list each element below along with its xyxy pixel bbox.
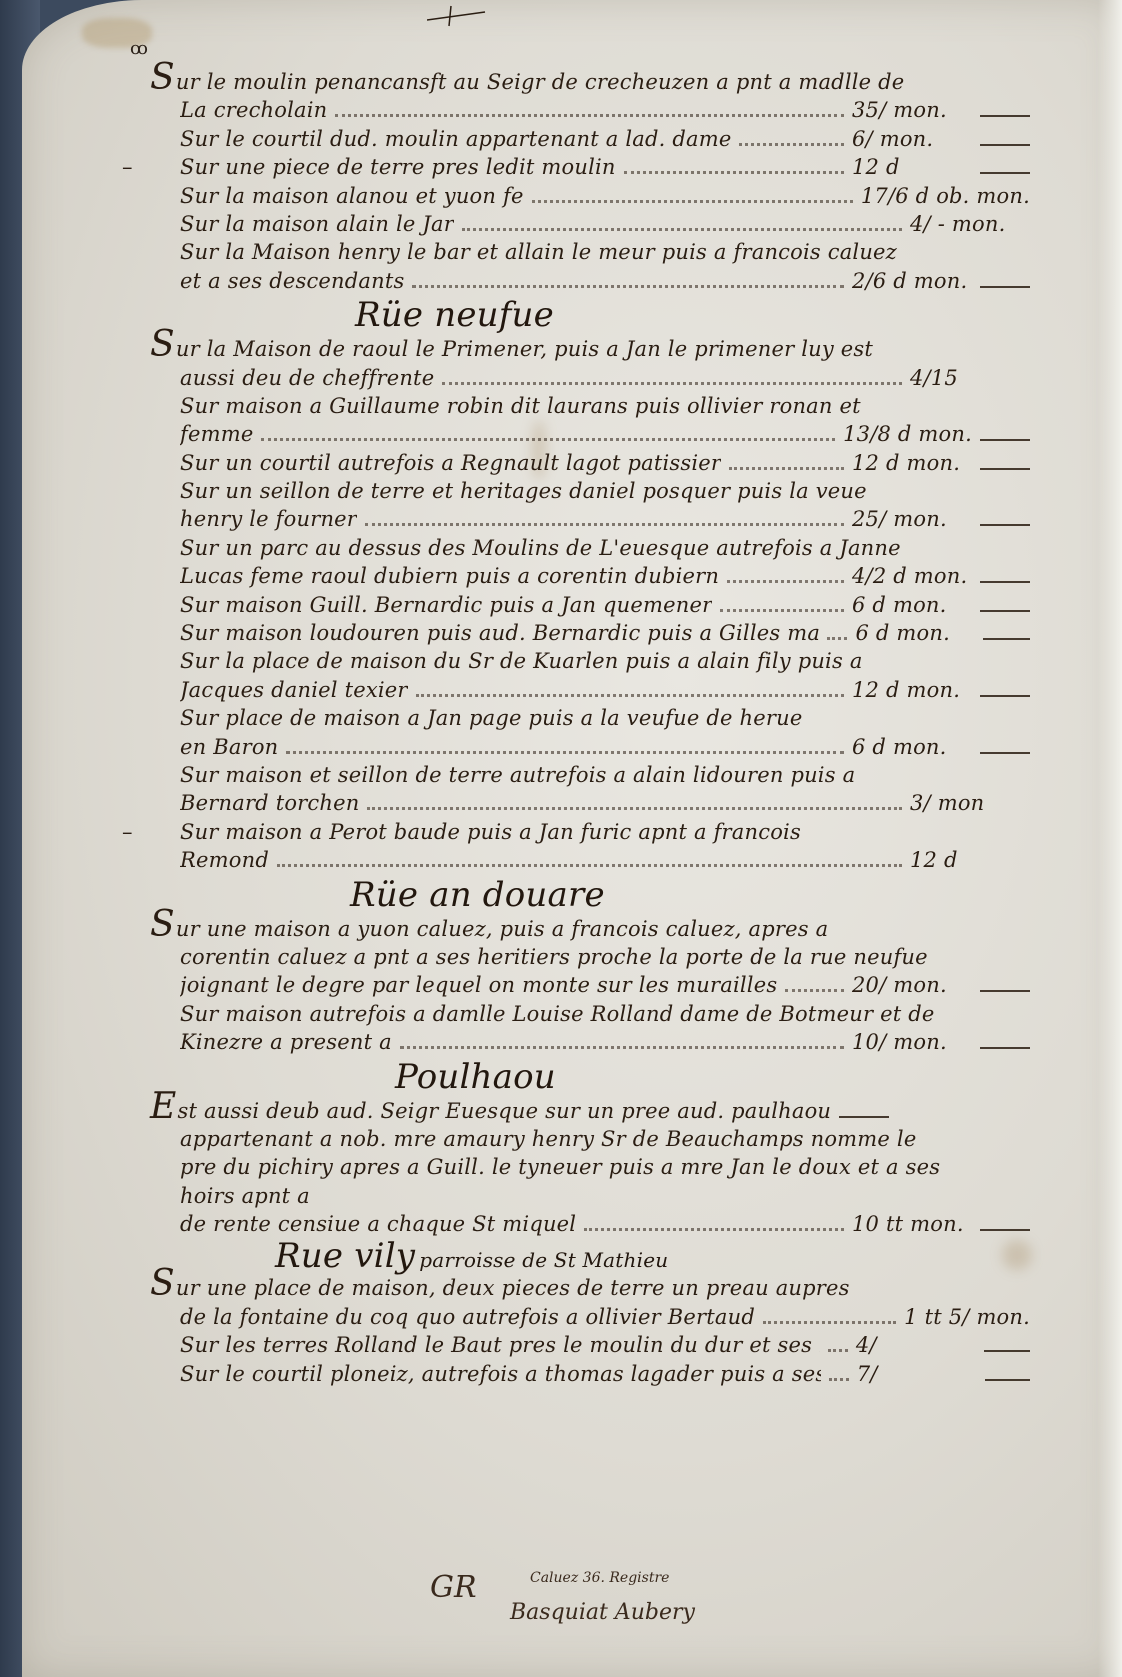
entry-text: Sur la Maison henry le bar et allain le … [180, 238, 897, 266]
entry-amount: 6 d mon. [852, 591, 972, 619]
entry-amount: 25/ mon. [852, 505, 972, 533]
entry-line: Sur la place de maison du Sr de Kuarlen … [150, 647, 1030, 675]
leader-dots [261, 438, 835, 441]
rule-dash [980, 439, 1030, 441]
entry-text: Jacques daniel texier [180, 676, 408, 704]
signature-block: GR Caluez 36. Registre Basquiat Aubery [430, 1570, 810, 1660]
entry-line: S ur la Maison de raoul le Primener, pui… [150, 335, 1030, 363]
entry-amount: 35/ mon. [852, 96, 972, 124]
decorated-initial: S [150, 68, 175, 88]
entry-text: en Baron [180, 733, 278, 761]
leader-dots [829, 1378, 849, 1381]
entry-line: Sur maison a Guillaume robin dit laurans… [150, 392, 1030, 420]
entry-line: Sur un parc au dessus des Moulins de L'e… [150, 534, 1030, 562]
entry-text: Sur la maison alain le Jar [180, 210, 454, 238]
entry-text: pre du pichiry apres a Guill. le tyneuer… [180, 1153, 940, 1181]
entry-text: Sur maison a Perot baude puis a Jan furi… [180, 818, 801, 846]
leader-dots [400, 1046, 844, 1049]
section-title: Poulhaou [395, 1057, 556, 1097]
entry-line: de la fontaine du coq quo autrefois a ol… [150, 1303, 1030, 1331]
entry-amount: 2/6 d mon. [852, 267, 972, 295]
entry-text: henry le fourner [180, 505, 357, 533]
entry-amount: 1 tt 5/ mon. [904, 1303, 1030, 1331]
entry-text: st aussi deub aud. Seigr Euesque sur un … [177, 1097, 831, 1125]
entry-text: joignant le degre par lequel on monte su… [180, 971, 777, 999]
entry-text: Sur le courtil ploneiz, autrefois a thom… [180, 1360, 821, 1388]
leader-dots [727, 580, 844, 583]
section-title: Rüe neufue [355, 295, 554, 335]
leader-dots [335, 114, 844, 117]
entry-text: Sur le courtil dud. moulin appartenant a… [180, 125, 731, 153]
leader-dots [828, 1349, 848, 1352]
decorated-initial: S [150, 1274, 175, 1294]
entry-text: appartenant a nob. mre amaury henry Sr d… [180, 1125, 916, 1153]
entry-line: appartenant a nob. mre amaury henry Sr d… [150, 1125, 1030, 1153]
entry-line: Sur les terres Rolland le Baut pres le m… [150, 1331, 1030, 1359]
entry-text: Sur maison et seillon de terre autrefois… [180, 761, 855, 789]
leader-dots [827, 637, 847, 640]
entry-amount: 12 d mon. [852, 449, 972, 477]
entry-line: de rente censiue a chaque St miquel 10 t… [150, 1210, 1030, 1238]
entry-line: en Baron 6 d mon. [150, 733, 1030, 761]
signature-note: Caluez 36. Registre [530, 1570, 669, 1586]
entry-text: Sur les terres Rolland le Baut pres le m… [180, 1331, 820, 1359]
leader-dots [286, 751, 844, 754]
entry-text: Lucas feme raoul dubiern puis a corentin… [180, 562, 719, 590]
entry-line: henry le fourner 25/ mon. [150, 505, 1030, 533]
entry-amount: 17/6 d ob. mon. [861, 182, 1030, 210]
entry-line: Sur place de maison a Jan page puis a la… [150, 704, 1030, 732]
entry-text: Sur maison Guill. Bernardic puis a Jan q… [180, 591, 712, 619]
entry-line: Sur le courtil ploneiz, autrefois a thom… [150, 1360, 1030, 1388]
entry-text: ur une place de maison, deux pieces de t… [176, 1274, 850, 1302]
entry-line: – Sur une piece de terre pres ledit moul… [150, 153, 1030, 181]
rule-dash [980, 172, 1030, 174]
entry-text: Sur place de maison a Jan page puis a la… [180, 704, 802, 732]
leader-dots [462, 228, 902, 231]
entry-amount: 13/8 d mon. [843, 420, 972, 448]
leader-dots [442, 382, 902, 385]
entry-text: Sur maison a Guillaume robin dit laurans… [180, 392, 861, 420]
entry-text: Sur un courtil autrefois a Regnault lago… [180, 449, 721, 477]
rule-dash [980, 610, 1030, 612]
entry-text: ur une maison a yuon caluez, puis a fran… [176, 915, 828, 943]
entry-text: Remond [180, 846, 269, 874]
leader-dots [532, 200, 853, 203]
entry-amount: 6/ mon. [852, 125, 972, 153]
entry-amount: 12 d [910, 846, 1030, 874]
section-heading: Rüe neufue [150, 295, 1030, 335]
rule-dash [980, 524, 1030, 526]
decorated-initial: S [150, 335, 175, 355]
entry-text: Sur maison autrefois a damlle Louise Rol… [180, 1000, 935, 1028]
entry-line: hoirs apnt a [150, 1182, 1030, 1210]
margin-cross-mark [427, 4, 487, 28]
entry-line: et a ses descendants 2/6 d mon. [150, 267, 1030, 295]
entry-text: La crecholain [180, 96, 327, 124]
leader-dots [584, 1228, 844, 1231]
entry-amount: 4/15 [910, 364, 1030, 392]
rule-dash [980, 1229, 1030, 1231]
entry-text: Sur maison loudouren puis aud. Bernardic… [180, 619, 819, 647]
entry-text: de rente censiue a chaque St miquel [180, 1210, 576, 1238]
entry-line: Sur le courtil dud. moulin appartenant a… [150, 125, 1030, 153]
entry-amount: 6 d mon. [852, 733, 972, 761]
corner-mark: ꝏ [130, 38, 148, 59]
entry-line: Sur maison loudouren puis aud. Bernardic… [150, 619, 1030, 647]
entry-amount: 10/ mon. [852, 1028, 972, 1056]
entry-text: Sur un parc au dessus des Moulins de L'e… [180, 534, 901, 562]
entry-line: Sur la maison alanou et yuon fe 17/6 d o… [150, 182, 1030, 210]
entry-text: Sur la maison alanou et yuon fe [180, 182, 524, 210]
entry-line: Bernard torchen 3/ mon [150, 789, 1030, 817]
rule-dash [980, 286, 1030, 288]
entry-text: femme [180, 420, 253, 448]
rule-dash [980, 1047, 1030, 1049]
leader-dots [412, 285, 844, 288]
rule-dash [839, 1116, 889, 1118]
entry-text: Kinezre a present a [180, 1028, 392, 1056]
entry-line: Sur la Maison henry le bar et allain le … [150, 238, 1030, 266]
section-heading: Rue vily parroisse de St Mathieu [150, 1238, 1030, 1274]
section-heading: Rüe an douare [150, 875, 1030, 915]
leader-dots [624, 171, 844, 174]
entry-text: et a ses descendants [180, 267, 404, 295]
rule-dash [984, 1350, 1030, 1352]
entry-line: Remond 12 d [150, 846, 1030, 874]
rule-dash [980, 468, 1030, 470]
entry-text: hoirs apnt a [180, 1182, 310, 1210]
entry-text: Sur un seillon de terre et heritages dan… [180, 477, 867, 505]
entry-text: ur la Maison de raoul le Primener, puis … [176, 335, 873, 363]
leader-dots [763, 1321, 896, 1324]
manuscript-text: S ur le moulin penancansft au Seigr de c… [150, 68, 1030, 1388]
leader-dots [365, 523, 844, 526]
rule-dash [985, 1379, 1030, 1381]
signature-monogram: GR [430, 1570, 477, 1605]
entry-text: Bernard torchen [180, 789, 359, 817]
section-heading: Poulhaou [150, 1057, 1030, 1097]
entry-line: Sur maison et seillon de terre autrefois… [150, 761, 1030, 789]
entry-line: S ur le moulin penancansft au Seigr de c… [150, 68, 1030, 96]
entry-amount: 4/ [856, 1331, 976, 1359]
entry-line: aussi deu de cheffrente 4/15 [150, 364, 1030, 392]
entry-text: ur le moulin penancansft au Seigr de cre… [176, 68, 905, 96]
entry-text: aussi deu de cheffrente [180, 364, 434, 392]
section-title: Rüe an douare [350, 875, 605, 915]
entry-line: Jacques daniel texier 12 d mon. [150, 676, 1030, 704]
signature-names: Basquiat Aubery [510, 1600, 695, 1625]
entry-line: Sur un seillon de terre et heritages dan… [150, 477, 1030, 505]
entry-line: Kinezre a present a 10/ mon. [150, 1028, 1030, 1056]
entry-line: Sur maison autrefois a damlle Louise Rol… [150, 1000, 1030, 1028]
leader-dots [277, 864, 902, 867]
entry-amount: 6 d mon. [855, 619, 975, 647]
entry-amount: 4/2 d mon. [852, 562, 972, 590]
entry-text: Sur la place de maison du Sr de Kuarlen … [180, 647, 863, 675]
entry-line: S ur une place de maison, deux pieces de… [150, 1274, 1030, 1302]
rule-dash [980, 752, 1030, 754]
rule-dash [980, 990, 1030, 992]
entry-line: pre du pichiry apres a Guill. le tyneuer… [150, 1153, 1030, 1181]
leader-dots [739, 143, 844, 146]
section-subtitle: parroisse de St Mathieu [419, 1242, 668, 1278]
entry-amount: 4/ - mon. [910, 210, 1030, 238]
leader-dots [416, 694, 844, 697]
entry-line: La crecholain 35/ mon. [150, 96, 1030, 124]
entry-text: de la fontaine du coq quo autrefois a ol… [180, 1303, 755, 1331]
entry-line: femme 13/8 d mon. [150, 420, 1030, 448]
rule-dash [980, 695, 1030, 697]
margin-dash: – [122, 818, 133, 846]
leader-dots [367, 807, 902, 810]
decorated-initial: S [150, 915, 175, 935]
entry-text: corentin caluez a pnt a ses heritiers pr… [180, 943, 928, 971]
entry-line: corentin caluez a pnt a ses heritiers pr… [150, 943, 1030, 971]
entry-amount: 12 d [852, 153, 972, 181]
rule-dash [980, 115, 1030, 117]
entry-line: Sur maison Guill. Bernardic puis a Jan q… [150, 591, 1030, 619]
leader-dots [720, 609, 844, 612]
entry-amount: 10 tt mon. [852, 1210, 972, 1238]
rule-dash [980, 144, 1030, 146]
section-title: Rue vily [275, 1238, 415, 1274]
entry-amount: 3/ mon [910, 789, 1030, 817]
entry-line: – Sur maison a Perot baude puis a Jan fu… [150, 818, 1030, 846]
rule-dash [980, 581, 1030, 583]
entry-line: joignant le degre par lequel on monte su… [150, 971, 1030, 999]
decorated-initial: E [150, 1097, 176, 1117]
leader-dots [729, 467, 844, 470]
entry-line: Sur un courtil autrefois a Regnault lago… [150, 449, 1030, 477]
entry-line: E st aussi deub aud. Seigr Euesque sur u… [150, 1097, 1030, 1125]
entry-amount: 12 d mon. [852, 676, 972, 704]
leader-dots [785, 989, 844, 992]
entry-amount: 20/ mon. [852, 971, 972, 999]
entry-line: S ur une maison a yuon caluez, puis a fr… [150, 915, 1030, 943]
entry-line: Lucas feme raoul dubiern puis a corentin… [150, 562, 1030, 590]
entry-text: Sur une piece de terre pres ledit moulin [180, 153, 616, 181]
margin-dash: – [122, 153, 133, 181]
entry-line: Sur la maison alain le Jar 4/ - mon. [150, 210, 1030, 238]
entry-amount: 7/ [857, 1360, 977, 1388]
rule-dash [983, 638, 1030, 640]
